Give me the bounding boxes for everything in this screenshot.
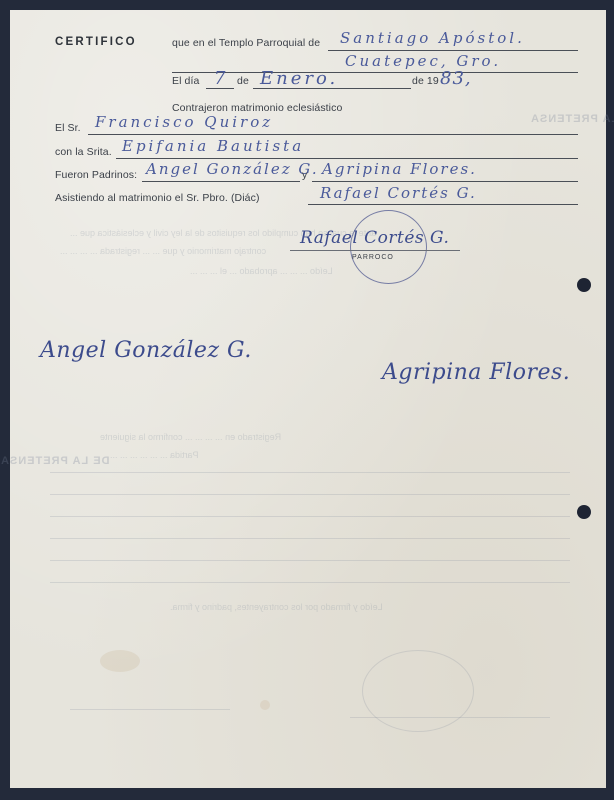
ghost-rule: [50, 516, 570, 517]
priest-line: [308, 204, 578, 205]
temple-line-2: [172, 72, 578, 73]
ghost-header-mid: DE LA PRETENSA: [0, 455, 110, 467]
priest-value: Rafael Cortés G.: [320, 184, 477, 202]
bride-value: Epifania Bautista: [122, 137, 304, 155]
ghost-header-top: DE LA PRETENSA: [530, 113, 614, 125]
groom-line: [88, 134, 578, 135]
ghost-rule: [50, 538, 570, 539]
godparent2-signature: Agripina Flores.: [382, 360, 570, 385]
date-year-value: 83,: [440, 68, 472, 89]
godparent1-value: Angel González G.: [146, 160, 319, 178]
temple-location-value: Cuatepec, Gro.: [345, 52, 501, 70]
date-label: El día: [172, 75, 199, 87]
date-of-label: de: [237, 75, 249, 87]
date-month-value: Enero.: [260, 68, 338, 89]
ghost-line-text: Registrado en ... ... ... ... confirmo l…: [100, 432, 281, 442]
godparent1-line: [142, 181, 300, 182]
ghost-line-text: contrajo matrimonio y que ... ... regist…: [60, 246, 266, 256]
punch-hole-bottom: [577, 505, 591, 519]
temple-label: que en el Templo Parroquial de: [172, 37, 320, 49]
date-year-label: de 19: [412, 75, 439, 87]
certificate-page: DE LA PRETENSA DE LA PRETENSA ante la cu…: [10, 10, 606, 788]
ghost-rule: [50, 472, 570, 473]
godparents-label: Fueron Padrinos:: [55, 169, 137, 181]
date-day-value: 7: [214, 68, 228, 89]
groom-label: El Sr.: [55, 122, 81, 134]
ghost-line-text: Leído y firmado por los contrayentes, pa…: [170, 602, 383, 612]
ghost-rule: [50, 582, 570, 583]
priest-label: Asistiendo al matrimonio el Sr. Pbro. (D…: [55, 192, 260, 204]
bride-line: [116, 158, 578, 159]
godparent1-signature: Angel González G.: [40, 338, 252, 363]
ghost-rule: [50, 494, 570, 495]
temple-line: [328, 50, 578, 51]
temple-value: Santiago Apóstol.: [340, 29, 525, 47]
godparent2-line: [312, 181, 578, 182]
bride-label: con la Srita.: [55, 146, 112, 158]
parroco-signature: Rafael Cortés G.: [300, 228, 449, 248]
ghost-line-text: Partida ... ... ... ... ... ...: [110, 450, 199, 460]
punch-hole-top: [577, 278, 591, 292]
ghost-line-text: Leído ... ... ... aprobado ... el ... ..…: [190, 266, 333, 276]
certificate-title: CERTIFICO: [55, 36, 137, 48]
groom-value: Francisco Quiroz: [95, 113, 273, 131]
ghost-stamp: [362, 650, 474, 732]
paper-stain: [260, 700, 270, 710]
paper-stain: [100, 650, 140, 672]
godparents-conjunction: y: [302, 169, 307, 181]
ghost-rule: [70, 709, 230, 710]
parroco-signature-line: [290, 250, 460, 251]
ghost-rule: [50, 560, 570, 561]
godparent2-value: Agripina Flores.: [322, 160, 477, 178]
parroco-label: PARROCO: [352, 254, 394, 261]
